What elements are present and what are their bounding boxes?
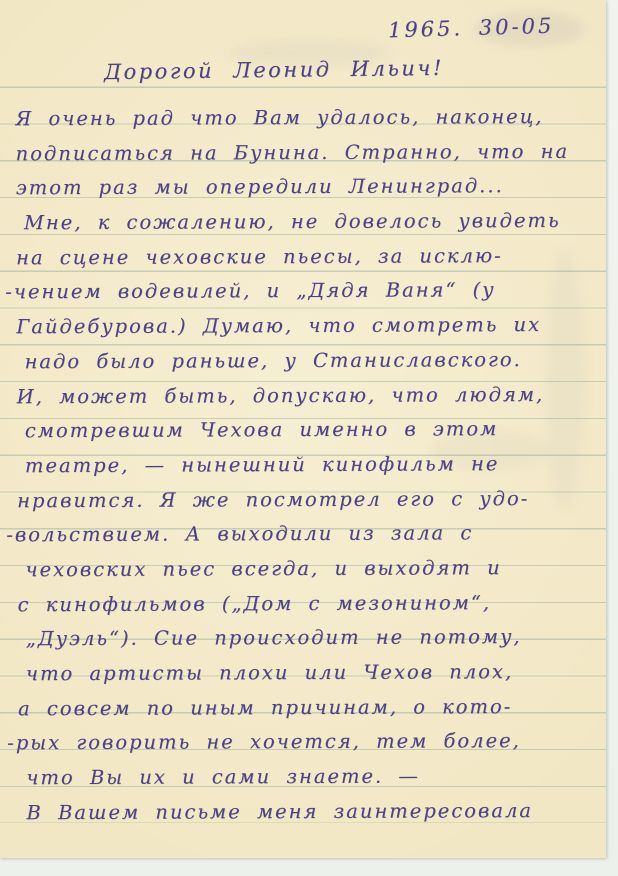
letter-line: Гайдебурова.) Думаю, что смотреть их — [16, 308, 601, 345]
letter-line: на сцене чеховские пьесы, за исклю- — [16, 238, 601, 275]
letter-line: надо было раньше, у Станиславского. — [24, 343, 601, 380]
letter-line: а совсем по иным причинам, о кото- — [18, 689, 603, 726]
letter-line: В Вашем письме меня заинтересовала — [26, 793, 603, 830]
letter-line: нравится. Я же посмотрел его с удо- — [17, 481, 602, 518]
letter-date: 1965. 30-05 — [388, 14, 555, 43]
letter-line: И, может быть, допускаю, что людям, — [17, 377, 602, 414]
letter-scan: 1965. 30-05 Дорогой Леонид Ильич! Я очен… — [0, 0, 618, 876]
letter-salutation: Дорогой Леонид Ильич! — [104, 56, 444, 84]
letter-line: Мне, к сожалению, не довелось увидеть — [24, 204, 601, 241]
letter-line: „Дуэль“). Сие происходит не потому, — [26, 620, 603, 657]
letter-line: смотревшим Чехова именно в этом — [25, 412, 602, 449]
letter-body: Я очень рад что Вам удалось, наконец, по… — [15, 100, 603, 831]
letter-line: что артисты плохи или Чехов плох, — [26, 655, 603, 692]
letter-line: подписаться на Бунина. Странно, что на — [16, 134, 601, 171]
paper-sheet: 1965. 30-05 Дорогой Леонид Ильич! Я очен… — [0, 0, 606, 858]
letter-line: с кинофильмов („Дом с мезонином“, — [18, 585, 603, 622]
letter-line: этот раз мы опередили Ленинград... — [16, 169, 601, 206]
letter-line: -чением водевилей, и „Дядя Ваня“ (у — [5, 273, 601, 310]
letter-line: чеховских пьес всегда, и выходят и — [25, 551, 602, 588]
letter-line: -вольствием. А выходили из зала с — [6, 516, 602, 553]
letter-line: что Вы их и сами знаете. — — [26, 759, 603, 796]
letter-line: -рых говорить не хочется, тем более, — [7, 724, 603, 761]
letter-line: театре, — нынешний кинофильм не — [25, 447, 602, 484]
letter-line: Я очень рад что Вам удалось, наконец, — [15, 100, 600, 137]
